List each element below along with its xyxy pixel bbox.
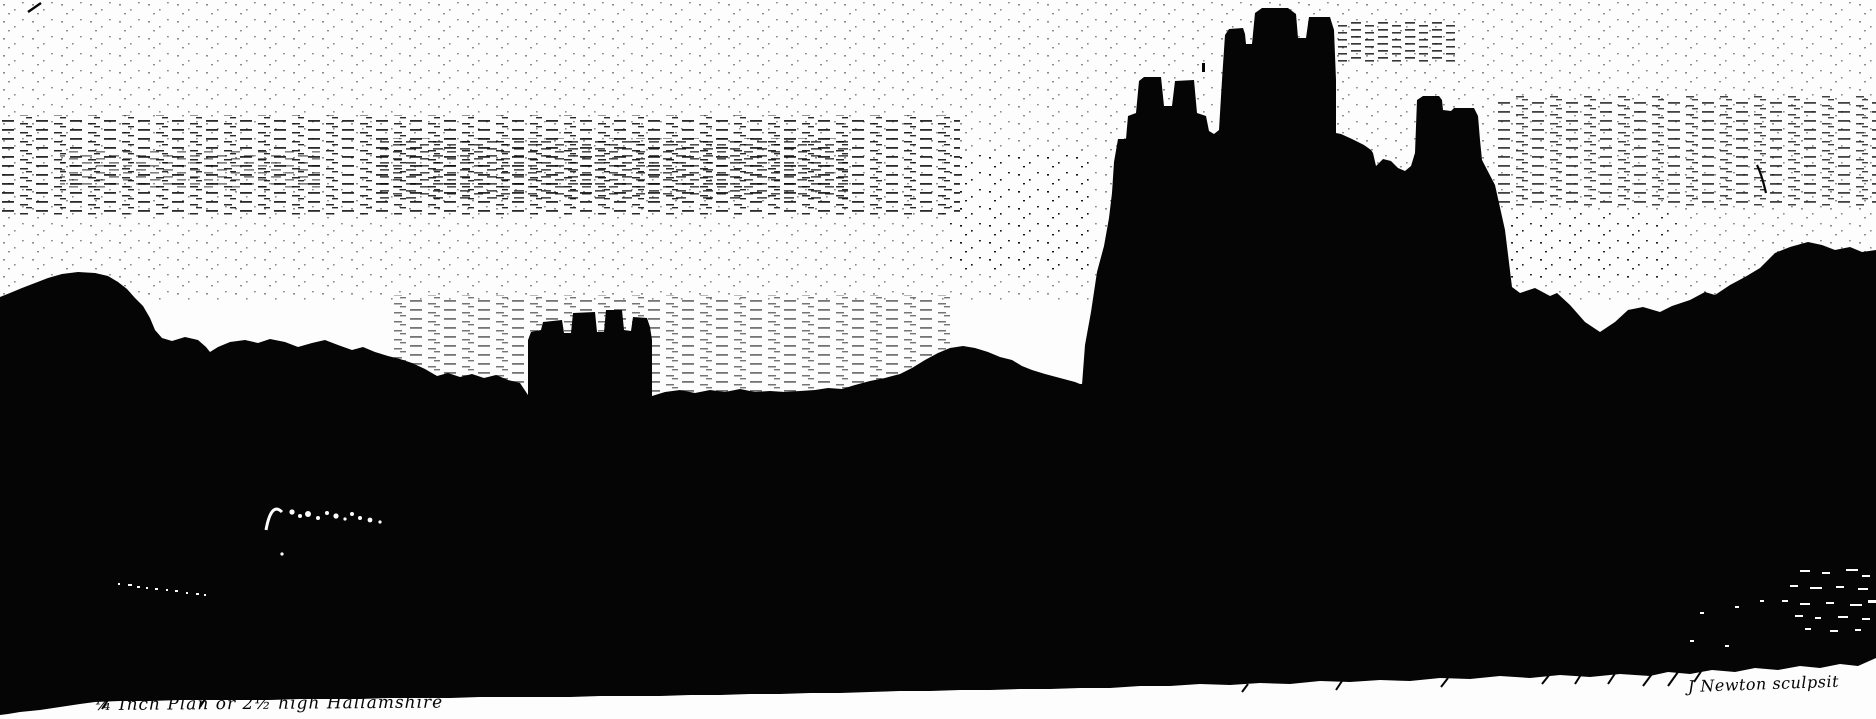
engraving-plate: ¼ Inch Plan or 2½ high Hallamshire J New…	[0, 0, 1876, 719]
stray-etch-tick	[1202, 63, 1205, 72]
foreground-mass	[0, 368, 1876, 715]
engraving-canvas: ¼ Inch Plan or 2½ high Hallamshire J New…	[0, 0, 1876, 719]
caption-left: ¼ Inch Plan or 2½ high Hallamshire	[95, 693, 443, 715]
